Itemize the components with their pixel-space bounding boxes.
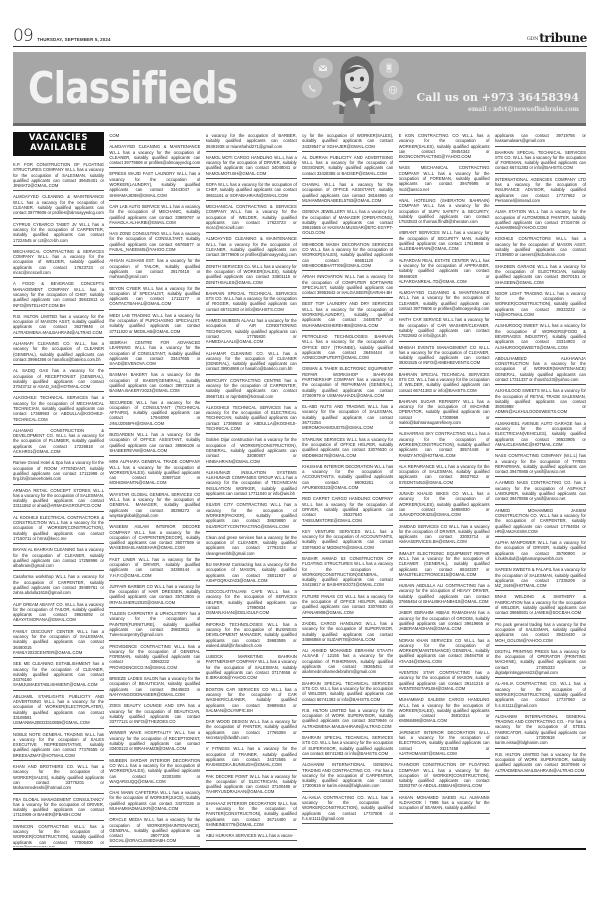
classified-ad: KOOHEJI CONTRACTORS W.L.L has a vacancy …	[495, 235, 586, 260]
classified-ad: WINNER WAVE HOSPITALITY W.L.L has a vaca…	[109, 729, 200, 754]
classified-ad: SAFEEN SWEETS & FALAFIL has a vacancy fo…	[495, 566, 586, 591]
phone-icon	[302, 78, 322, 98]
classified-ad: MHIBAH EVENTS MANAGEMENT CO W.L.L has a …	[399, 344, 490, 369]
classified-ad: RED CARPET CARGO HANDLING COMPANY W.L.L …	[302, 495, 393, 525]
classified-ad: Casaforma workshop W.L.L has a vacancy f…	[13, 573, 104, 598]
classified-ad: R.B. HILTON LIMITED has a vacancy for th…	[302, 707, 393, 732]
banner-underline	[13, 123, 586, 126]
classified-ad: WAYSTAR GLOBAL GENERAL SERVICES CO W.L.L…	[109, 491, 200, 521]
classified-ad: PAK DECORE POINT W.L.L has a vacancy for…	[206, 773, 297, 798]
classified-ad: TAHNOOR CONSTRUCTION OF FLOATING COMPANY…	[399, 761, 490, 791]
classified-ad: NASS CONTRACTING COMPANY (W.L.L) has a v…	[495, 452, 586, 477]
classified-ad: Clean and green services has a vacancy f…	[206, 534, 297, 559]
page-number: 09	[13, 27, 33, 45]
classified-ad: NORAN KHAN SERVICES CO W.L.L has a vacan…	[399, 637, 490, 667]
page-bottom-rule	[13, 848, 586, 850]
classified-ad: a vacancy for the occupation of BARBER, …	[206, 132, 297, 152]
classified-ad: NAMOL MOTI CARGO HANDLING W.L.L has a va…	[206, 154, 297, 179]
classified-ad: ALMOAYYED CLEANING & MAINTENANCE W.L.L h…	[206, 235, 297, 260]
globe-icon	[383, 80, 403, 100]
classified-ad: BREEZE LADIES SALON has a vacancy for th…	[109, 675, 200, 700]
classified-ad: R.B. HILTON LIMITED has a vacancy for th…	[495, 751, 586, 776]
classified-ad: MUBEEN SARDAR INTERIOR DECORATION CO W.L…	[109, 757, 200, 787]
tribune-logo[interactable]: GDNtribune	[527, 31, 587, 45]
classified-ad: EPRESS MAJID FAST LAUNDRY W.L.L has a va…	[109, 170, 200, 200]
classified-ad: BU MARIAM Contracting has a vacancy for …	[206, 561, 297, 586]
classified-ad: INTERNATIONAL AGENCIES COMPANY LTD has a…	[495, 176, 586, 206]
classified-ad: SEE ME CLEANING ESTABLISHMENT has a vaca…	[13, 660, 104, 690]
classified-ad: BASMAH BAKERY has a vacancy for the occu…	[109, 371, 200, 396]
classified-ad: HAS ZONE CONSULTING W.L.L has a vacancy …	[109, 230, 200, 255]
classified-ad: DAR WOOD DESIGN W.L.L has a vacancy for …	[206, 718, 297, 743]
column-6: applicants can contact 39719756 or hassa…	[495, 132, 586, 847]
classified-ad: MEHBOOB MASIH DECORATION SERVICES CO W.L…	[302, 241, 393, 271]
classified-ad: K.P. FOR CONSTRUCTION OF FLOATING STRUCT…	[13, 161, 104, 191]
classified-ad: CHAI MANN CAFETERIA W.L.L has a vacancy …	[109, 789, 200, 814]
classified-ad: CHAWAL W.L.L has a vacancy for the occup…	[302, 181, 393, 206]
classified-ad: BAHRAIN SUGAR REFINERY W.L.L has a vacan…	[399, 398, 490, 428]
classified-ad: ALKHUNAIZI INSULATION SYSTEMS ALKHUNAIZI…	[206, 469, 297, 499]
classifieds-banner: Classifieds Call us on +973 36458394 ema…	[13, 52, 586, 123]
classified-ad: ALHANAFI CLEANING CO. W.L.L. has a vacan…	[13, 340, 104, 365]
issue-date: THURSDAY, SEPTEMBER 5, 2024	[37, 37, 111, 42]
classified-ad: FUTURE PANAS CO W.L.L has a vacancy for …	[302, 593, 393, 618]
classified-ad: AL SADIQ GAS has a vacancy for the occup…	[13, 367, 104, 392]
classified-ad: AL-AHLIA CONTRACTING CO. W.L.L has a vac…	[495, 680, 586, 710]
classified-ad: WASEEM ASLAM INTERIOR DECORE COMPANY W.L…	[109, 523, 200, 553]
classified-ad: ALA REPAIRANCE W.L.L has a vacancy for t…	[399, 463, 490, 488]
classified-ad: SECUREDE W.L.L has a vacancy for the occ…	[109, 399, 200, 429]
classified-ad: ABDULHAMEED ALKHAWAJA CONSTRUCTION has a…	[495, 355, 586, 385]
classified-ad: ALKOOHEJI TECHNICAL SERVICES has a vacan…	[13, 394, 104, 424]
classified-ad: MECHANICAL CONTRACTING & SERVICES COMPAN…	[206, 203, 297, 233]
mail-icon	[313, 58, 333, 78]
vacancies-available-label: VACANCIES AVAILABLE	[13, 132, 104, 156]
masthead: 09 THURSDAY, SEPTEMBER 5, 2024 GDNtribun…	[13, 27, 587, 47]
classified-ad: FBA GLOBAL MANAGEMENT CONSULTANCY has a …	[13, 796, 104, 821]
classified-ad: NASS MECHANICAL CONTRACTING COMPANY W.L.…	[399, 164, 490, 194]
classified-ad: ALKOOHEJI TECHNICAL SERVICES has a vacan…	[206, 404, 297, 434]
classified-ad: BIZGARDEN W.L.L has a vacancy for the oc…	[109, 431, 200, 456]
classified-ad: AL KOOHEJI ELECTRICAL CONTRACTORS & CONS…	[13, 514, 104, 544]
classified-ad: FAMILY DISCOUNT CENTER W.L.L has a vacan…	[13, 628, 104, 658]
logo-prefix: GDN	[527, 36, 538, 42]
classified-ad: ALMOAYYED CLEANING & MAINTENANCE W.L.L h…	[109, 143, 200, 168]
classified-ad: ALMA STATION W.L.L has a vacancy for the…	[495, 208, 586, 233]
classified-ad: A FOOD & BEVERAGE CONCEPTS MANAGEMENT CO…	[13, 280, 104, 310]
classified-ad: ABU HURAIRA SERVICES W.L.L has a vacan-	[206, 832, 297, 841]
classified-ad: BAHRAIN SPECIAL TECHNICAL SERVICES STS C…	[495, 149, 586, 174]
classified-ad: Golden Dijar construction has a vacancy …	[206, 436, 297, 466]
classified-ad: ALMOAYYED CLEANING & MAINTENANCE W.L.L h…	[399, 289, 490, 314]
classified-ad: ALMOAYYED CLEANING & MAINTENANCE W.L.L h…	[13, 193, 104, 218]
classified-ad: A.AHMED NASS CONTRACTING CO. has a vacan…	[495, 479, 586, 504]
column-3: a vacancy for the occupation of BARBER, …	[206, 132, 297, 847]
classified-ad: AL DURRAH PUBLICITY AND ADVERTISING W.L.…	[302, 154, 393, 179]
operator-illustration	[331, 52, 383, 123]
classified-ad: HAITH CAR SERVICE W.L.L has a vacancy fo…	[399, 316, 490, 341]
classified-ad: AHMED MOHAMMED JASSIM CONSTRUCTION CO. W…	[495, 507, 586, 537]
classified-ad: MINI ALPHARA GENERAL TRADE COMPANY W.L.L…	[109, 458, 200, 488]
classified-ad: STARLINK SERVICES W.L.L has a vacancy fo…	[302, 436, 393, 461]
classified-ad: BAHRAIN SPECIAL TECHNICAL SERVICES STS C…	[206, 290, 297, 315]
classified-ad: MUHAMMAD SALEEM CARGO HANDLING W.L.L has…	[399, 696, 490, 726]
classified-ad: SEBRAH CENTRE FOR ADVANCED LEARNING W.L.…	[109, 339, 200, 369]
classified-ad: ALIF DREAM ABAYAT CO. W.L.L has a vacanc…	[13, 601, 104, 626]
classified-ad: cy for the occupation of WORKER(SALES), …	[302, 132, 393, 152]
classified-ad: HUSAIN ABDULLA ALI CONTRACTING has a vac…	[399, 582, 490, 607]
column-5: E KON CONTRACTING CO W.L.L has a vacancy…	[399, 132, 490, 847]
classified-ad: E KON CONTRACTING CO W.L.L has a vacancy…	[399, 132, 490, 162]
classified-ad: SILVER CITY CONTRACTING W.L.L has a vaca…	[206, 501, 297, 531]
classified-ad: ALKHULOOD SWEETS W.L.L has a vacancy for…	[495, 387, 586, 417]
classified-ad: EL-ABD NUTS AND TRADING W.L.L has a vaca…	[302, 403, 393, 433]
classified-ad: ZOES BEAUTY LOUNGE AND SPA has a vacancy…	[109, 702, 200, 727]
classified-ad: ALGHANIM INTERNATIONAL GENERAL TRADING A…	[495, 713, 586, 749]
classified-ad: JAMDAD SERVICES CO W.L.L has a vacancy f…	[399, 523, 490, 548]
classified-ad: AL-AHLIA CONTRACTING CO. W.L.L has a vac…	[302, 794, 393, 824]
classified-ad: ALHAMAD CONSTRUCTION & DEVELOPMENT CO. W…	[13, 427, 104, 457]
classified-ad: CIOCCOLATITALIANI CAFE W.L.L has a vacan…	[206, 588, 297, 618]
classified-ad: FAST LINER W.L.L has a vacancy for the o…	[109, 556, 200, 581]
classifieds-columns: VACANCIES AVAILABLE K.P. FOR CONSTRUCTIO…	[13, 132, 586, 847]
classified-ad: BEYON CYBER W.L.L has a vacancy for the …	[109, 285, 200, 310]
classified-ad: SHAHAAZ INTERIOR DECORATION W.L.L has a …	[206, 800, 297, 830]
classified-ad: ALHAMAR CLEANING CO. W.L.L has a vacancy…	[206, 350, 297, 375]
classified-ad: KEY VENTURE SERVICES W.L.L has a vacancy…	[302, 528, 393, 553]
classified-ad: BAHRAIN SPECIAL TECHNICAL SERVICES STS C…	[399, 371, 490, 396]
classified-ad: INMAJIT ELECTRONIC EQUIPMENT REPAIR W.L.…	[399, 550, 490, 580]
banner-title: Classifieds	[28, 64, 237, 114]
classified-ad: TULEEN CARPENTRY & UPHOLSTERY has a vaca…	[109, 610, 200, 640]
classified-ad: DIGITAL PRINTING PRESS has a vacancy for…	[495, 648, 586, 678]
classified-ad: BASHIR AHMAD 63 CONSTRUCTION OF FLOATING…	[302, 555, 393, 591]
classified-ad: JUNAID KHALID BIKES CO W.L.L has a vacan…	[399, 490, 490, 520]
classified-ad: Ramee Grand Hotel & Spa has a vacancy fo…	[13, 459, 104, 484]
classified-ad: ZENITH SERVICES Co. W.L.L has a vacancy …	[206, 263, 297, 288]
classified-ad: VIBRANT SERVICES W.L.L has a vacancy for…	[399, 229, 490, 254]
classified-ad: MECHANICAL CONTRACTING & SERVICES COMPAN…	[13, 248, 104, 278]
classified-ad: ZAIDEL CARGO HANDLING W.L.L has a vacanc…	[302, 620, 393, 645]
column-1: VACANCIES AVAILABLE K.P. FOR CONSTRUCTIO…	[13, 132, 104, 847]
classified-ad: PETROLEAD TECHNOLOGIES BAHRAIN W.L.L has…	[302, 333, 393, 363]
classified-ad: KHAN AND BROTHERS CO. W.L.L has a vacanc…	[13, 763, 104, 793]
classified-ad: ANAL HOTELING (SHERATON BAHRAIN) COMPANY…	[399, 197, 490, 227]
classified-ad: ALFARDAN REAL ESTATE CENTER W.L.L has a …	[399, 257, 490, 287]
contact-email[interactable]: email : advt@newsofbahrain.com	[468, 106, 579, 113]
classified-ad: OSMAN & TAHER ELECTRONIC EQUIPMENT REPAI…	[302, 365, 393, 401]
classified-ad: CYPRUS CYBARCO TABET JV W.L.L has a vaca…	[13, 221, 104, 246]
classified-ad: ALPHA MANPOWER W.L.L has a vacancy for t…	[495, 539, 586, 564]
classified-ad: ABUJAMIL STARLIGHTS PUBLICITY AND ADVERT…	[13, 693, 104, 729]
classified-ad: NOBLE NOTE GENERAL TRADING W.L.L has a v…	[13, 731, 104, 761]
classified-ad: applicants can contact 39719756 or hassa…	[495, 132, 586, 147]
classified-ad: BAHRAIN SPECIAL TECHNICAL SERVICES STS C…	[302, 734, 393, 759]
classified-ad: V FITNESS W.L.L has a vacancy for the oc…	[206, 745, 297, 770]
classified-ad: Pro pack general trading has a vacancy f…	[495, 621, 586, 646]
classified-ad: NOOR LIGHT TRADING W.L.L has a vacancy f…	[495, 290, 586, 320]
classified-ad: MERCURY CONTRACTING CENTRE has a vacancy…	[206, 377, 297, 402]
column-2: COMALMOAYYED CLEANING & MAINTENANCE W.L.…	[109, 132, 200, 847]
classified-ad: ORACLE MEDIA W.L.L has a vacancy for the…	[109, 816, 200, 846]
classified-ad: JUFFAIR BARBER CO W.L.L has a vacancy fo…	[109, 583, 200, 608]
classified-ad: R.B. HILTON LIMITED has a vacancy for th…	[13, 313, 104, 338]
classified-ad: HASAN MOHAMED SAEED ALI ALMANNS ALDAHOOK…	[399, 794, 490, 814]
classified-ad: ARMADA RETAIL CONCEPT STORES W.L.L has a…	[13, 487, 104, 512]
classified-ad: KHUSHAB INTERIOR DECORATION W.L.L has a …	[302, 463, 393, 493]
classified-ad: JABER EBRAHIM ABBAS RAMADHAN has a vacan…	[399, 609, 490, 634]
classified-ad: BAHRAIN SPECIAL TECHNICAL SERVICES STS C…	[302, 680, 393, 705]
classified-ad: ALSHARRAS SKY CONTRACTING W.L.L has a va…	[399, 430, 490, 460]
logo-text: tribune	[539, 31, 587, 45]
classified-ad: BAYAN AL BAHRAIN CLEANING has a vacancy …	[13, 546, 104, 571]
classified-ad: AHSAN ALSHAMI EST. has a vacancy for the…	[109, 257, 200, 282]
classified-ad: BEST TOP LAUNDRY AND DRY SERVICES W.L.L …	[302, 300, 393, 330]
classified-ad: PROVIDENCE CONTRACTING W.L.L has a vacan…	[109, 643, 200, 673]
call-us-phone[interactable]: Call us on +973 36458394	[417, 91, 580, 104]
classified-ad: BOSTON CAR SERVICES CO W.L.L has a vacan…	[206, 686, 297, 716]
classified-ad: AHMED MUBEEN ALAALI has a vacancy for th…	[206, 317, 297, 347]
classified-ad: GENEVA JEWELLERY W.L.L has a vacancy for…	[302, 208, 393, 238]
classified-ad: INFORAD TECHNOLOGIES W.L.L has a vacancy…	[206, 621, 297, 651]
classified-ad: ALGHANIM INTERNATIONAL GENERAL TRADING A…	[302, 761, 393, 791]
classified-ad: AVENTEN STAR CONTRACTING has a vacancy f…	[399, 669, 490, 694]
classified-ad: BNAS WELDING & SMITHERY & FABRICATION ha…	[495, 593, 586, 618]
classified-ad: SHADEEN GARAGE W.L.L has a vacancy for t…	[495, 263, 586, 288]
classified-ad: ALMAKHEEL AVENUE AUTO GARAGE has a vacan…	[495, 420, 586, 450]
classified-ad: LUBOCK MARKETING BAHRAIN PARTNERSHIP COM…	[206, 653, 297, 683]
classified-ad: SOFA W.L.L has a vacancy for the occupat…	[206, 181, 297, 201]
classified-ad: JAPENEST INTERIOR DECORATION W.L.L has a…	[399, 729, 490, 759]
classified-ad: ALSHUROOQ SWEET W.L.L has a vacancy for …	[495, 322, 586, 352]
column-4: cy for the occupation of WORKER(SALES), …	[302, 132, 393, 847]
classified-ad: ALI AHMED MOHAMED EBRAHIM ETAATH ALSAAB …	[302, 647, 393, 677]
classified-ad: MEDI LAB TRADING W.L.L has a vacancy for…	[109, 312, 200, 337]
classified-ad: CAR LAB AUTO SERVICE W.L.L has a vacancy…	[109, 203, 200, 228]
classified-ad: ARIAH INNOVATION W.L.L has a vacancy for…	[302, 273, 393, 298]
classified-ad: COM	[109, 132, 200, 141]
classified-ad: SWINCON CONTRACTING W.L.L has a vacancy …	[13, 823, 104, 847]
